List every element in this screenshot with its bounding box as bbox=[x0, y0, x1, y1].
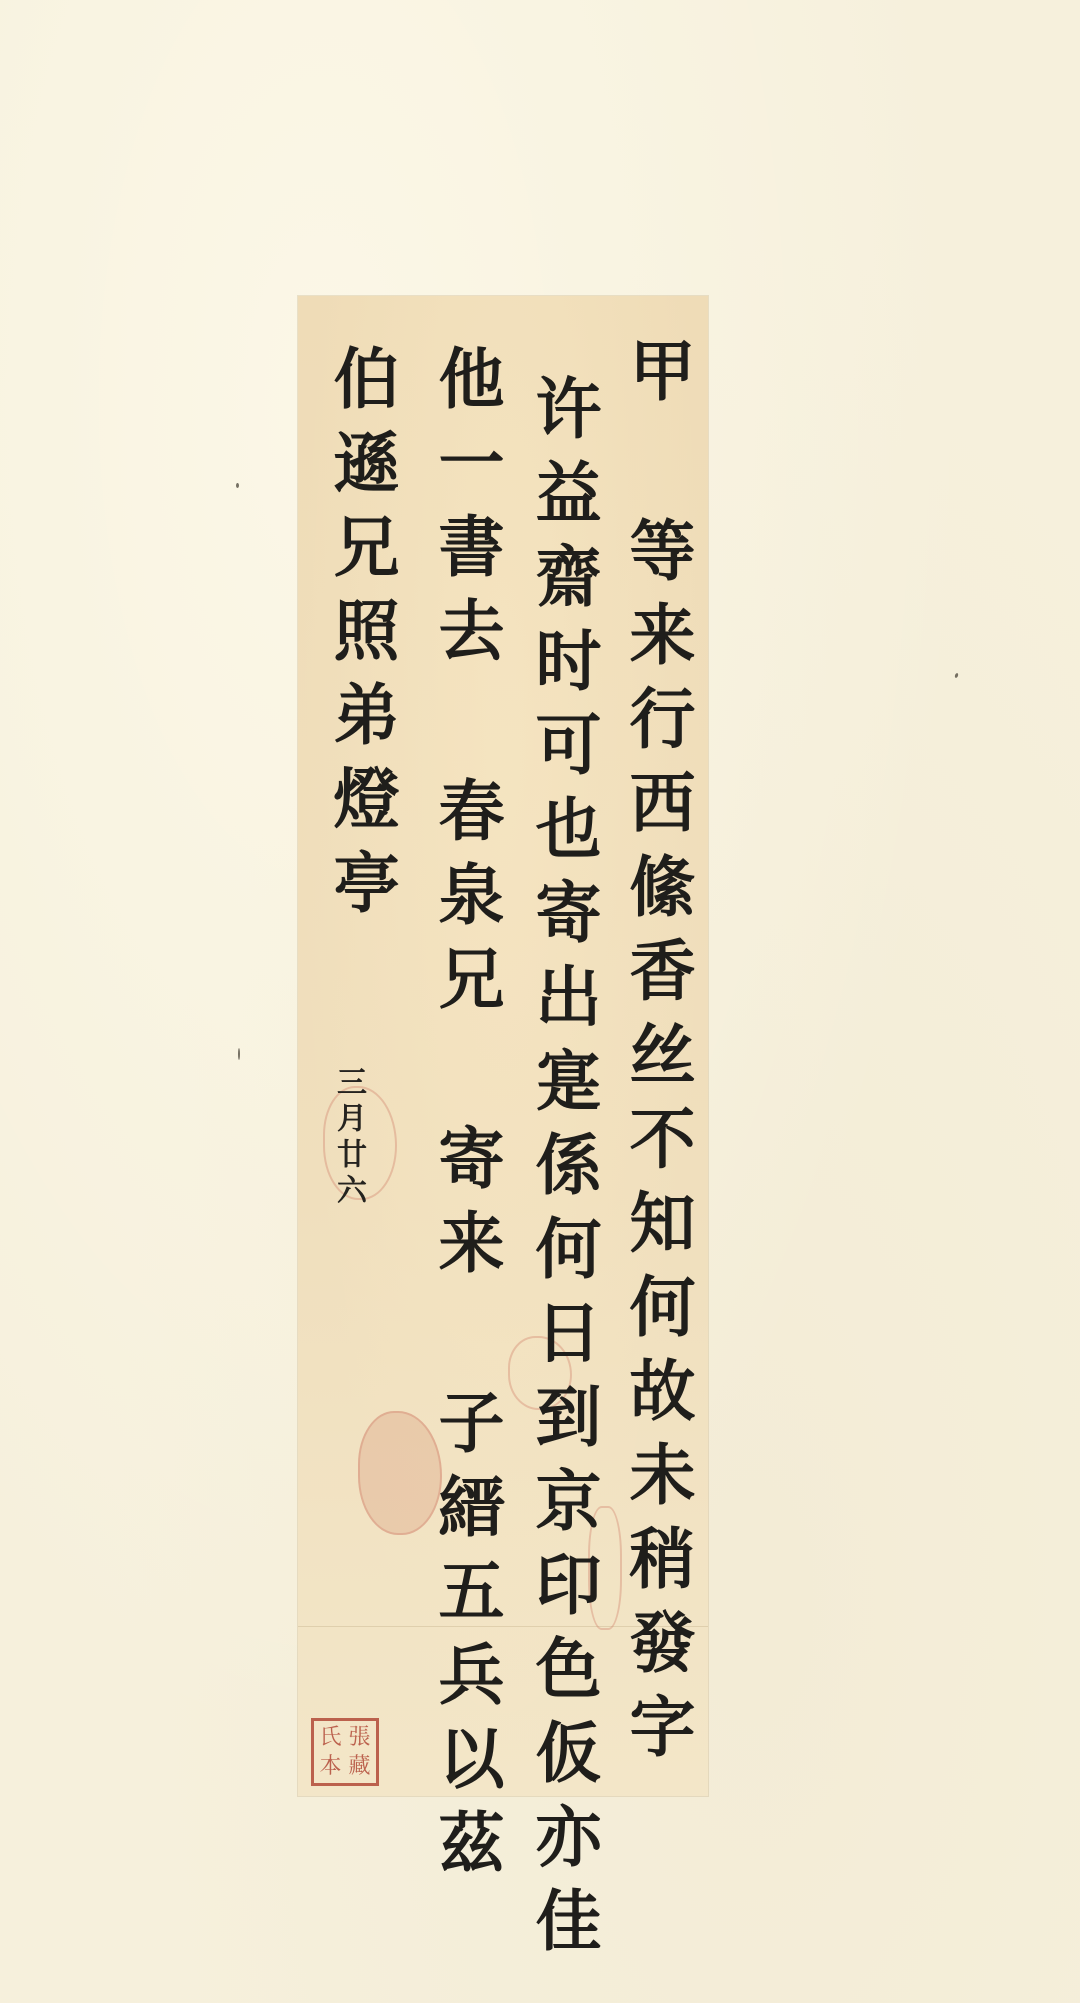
stray-mark bbox=[236, 483, 239, 488]
seal-char: 本 bbox=[316, 1756, 345, 1778]
letter-column-1: 甲 等来行西絛香丝不知何故未稍發字 bbox=[624, 336, 690, 1776]
stray-mark bbox=[954, 673, 959, 679]
letter-column-3: 他一書去 春泉兄 寄来 子縉五兵以茲 bbox=[433, 344, 499, 1892]
seal-char: 藏 bbox=[345, 1756, 374, 1778]
letter-column-2: 许益齋时可也寄出寔係何日到京印色仮亦佳 bbox=[530, 374, 596, 1970]
seal-char: 張 bbox=[345, 1727, 374, 1749]
letter-column-4: 伯遜兄照弟燈亭 bbox=[328, 344, 394, 932]
stray-mark bbox=[238, 1048, 240, 1060]
collector-seal: 氏 張 本 藏 bbox=[311, 1718, 379, 1786]
letter-date: 三月廿六 bbox=[326, 1066, 370, 1210]
letter-paper: 甲 等来行西絛香丝不知何故未稍發字 许益齋时可也寄出寔係何日到京印色仮亦佳 他一… bbox=[298, 296, 708, 1796]
seal-char: 氏 bbox=[316, 1727, 345, 1749]
